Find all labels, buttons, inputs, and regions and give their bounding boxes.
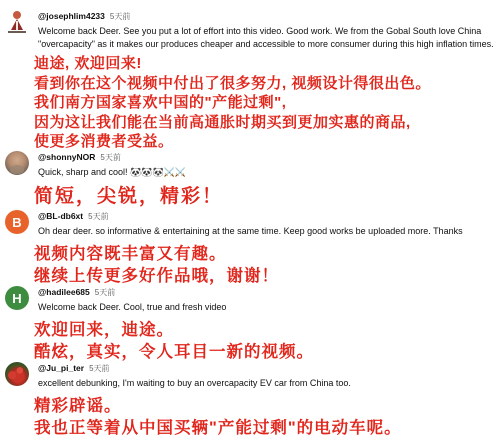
username-link[interactable]: @josephlim4233 — [38, 11, 105, 22]
comment-text: Oh dear deer. so informative & entertain… — [38, 225, 499, 238]
comment-thread: @josephlim4233 5天前 Welcome back Deer. Se… — [5, 10, 497, 152]
translation-line: 视频内容既丰富又有趣。 — [34, 243, 499, 266]
translation-line: 欢迎回来，迪途。 — [34, 319, 499, 342]
translation-line: 迪途, 欢迎回来! — [34, 54, 499, 74]
timestamp-link[interactable]: 5天前 — [100, 152, 120, 163]
translation-line: 我们南方国家喜欢中国的"产能过剩", — [34, 93, 499, 113]
username-link[interactable]: @hadilee685 — [38, 287, 90, 298]
comment-text: Welcome back Deer. See you put a lot of … — [38, 25, 499, 50]
username-link[interactable]: @Ju_pi_ter — [38, 363, 84, 374]
username-link[interactable]: @BL-db6xt — [38, 211, 83, 222]
translation-line: 继续上传更多好作品哦，谢谢！ — [34, 265, 499, 288]
translation-overlay: 视频内容既丰富又有趣。 继续上传更多好作品哦，谢谢！ — [34, 243, 499, 288]
timestamp-link[interactable]: 5天前 — [95, 287, 115, 298]
comment-header: @hadilee685 5天前 — [38, 287, 499, 298]
username-link[interactable]: @shonnyNOR — [38, 152, 95, 163]
translation-overlay: 简短，尖锐，精彩！ — [34, 185, 499, 209]
user-avatar[interactable]: B — [5, 210, 29, 234]
avatar-letter: H — [12, 292, 21, 305]
translation-line: 我也正等着从中国买辆"产能过剩"的电动车呢。 — [34, 417, 499, 440]
translation-overlay: 欢迎回来，迪途。 酷炫，真实，令人耳目一新的视频。 — [34, 319, 499, 364]
user-avatar[interactable]: H — [5, 286, 29, 310]
translation-line: 精彩辟谣。 — [34, 395, 499, 418]
comment-text: excellent debunking, I'm waiting to buy … — [38, 377, 499, 390]
timestamp-link[interactable]: 5天前 — [88, 211, 108, 222]
user-avatar[interactable] — [5, 362, 29, 386]
comment-header: @shonnyNOR 5天前 — [38, 152, 499, 163]
comment-header: @josephlim4233 5天前 — [38, 11, 499, 22]
user-avatar[interactable] — [5, 10, 29, 34]
avatar-figure-icon — [13, 11, 21, 19]
comment-thread: B @BL-db6xt 5天前 Oh dear deer. so informa… — [5, 210, 497, 288]
comment-header: @BL-db6xt 5天前 — [38, 211, 499, 222]
timestamp-link[interactable]: 5天前 — [110, 11, 130, 22]
translation-line: 因为这让我们能在当前高通胀时期买到更加实惠的商品, — [34, 113, 499, 133]
comment-header: @Ju_pi_ter 5天前 — [38, 363, 499, 374]
translation-overlay: 迪途, 欢迎回来! 看到你在这个视频中付出了很多努力, 视频设计得很出色。 我们… — [34, 54, 499, 152]
translation-line: 简短，尖锐，精彩！ — [34, 185, 499, 209]
translation-overlay: 精彩辟谣。 我也正等着从中国买辆"产能过剩"的电动车呢。 — [34, 395, 499, 440]
comment-thread: @Ju_pi_ter 5天前 excellent debunking, I'm … — [5, 362, 497, 440]
timestamp-link[interactable]: 5天前 — [89, 363, 109, 374]
comment-thread: H @hadilee685 5天前 Welcome back Deer. Coo… — [5, 286, 497, 364]
translation-line: 酷炫，真实，令人耳目一新的视频。 — [34, 341, 499, 364]
translation-line: 看到你在这个视频中付出了很多努力, 视频设计得很出色。 — [34, 74, 499, 94]
avatar-letter: B — [12, 216, 21, 229]
translation-line: 使更多消费者受益。 — [34, 132, 499, 152]
comment-text: Welcome back Deer. Cool, true and fresh … — [38, 301, 499, 314]
comments-section: @josephlim4233 5天前 Welcome back Deer. Se… — [0, 0, 499, 444]
comment-thread: @shonnyNOR 5天前 Quick, sharp and cool! 🐼🐼… — [5, 151, 497, 209]
user-avatar[interactable] — [5, 151, 29, 175]
comment-text: Quick, sharp and cool! 🐼🐼🐼⚔️⚔️ — [38, 166, 499, 179]
